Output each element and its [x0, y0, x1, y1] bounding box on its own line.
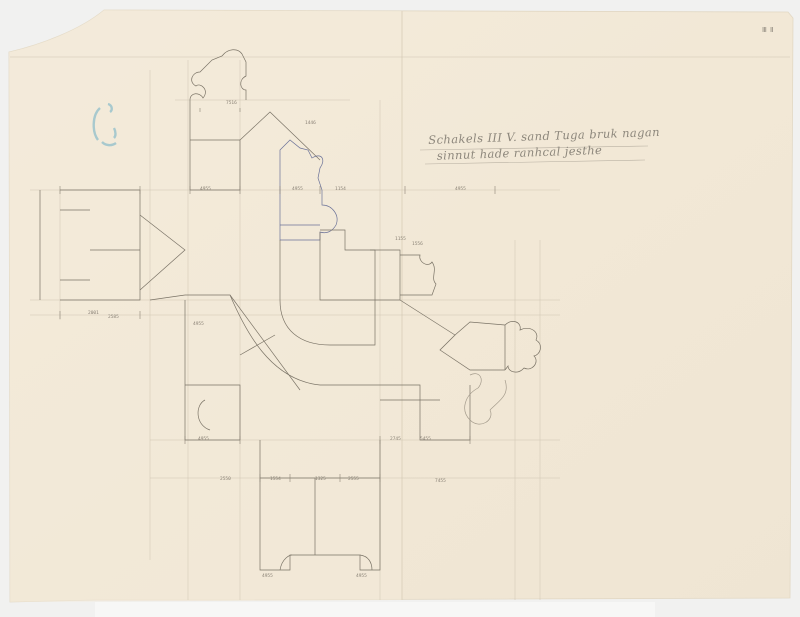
svg-text:4955: 4955 [198, 436, 209, 442]
svg-text:4955: 4955 [200, 186, 211, 192]
svg-text:1446: 1446 [305, 120, 316, 126]
svg-text:1325: 1325 [315, 476, 326, 482]
svg-text:1154: 1154 [335, 186, 346, 192]
svg-text:2745: 2745 [390, 436, 401, 442]
sheet-number: Ⅲ Ⅱ [762, 26, 774, 34]
svg-text:4955: 4955 [455, 186, 466, 192]
svg-text:2555: 2555 [348, 476, 359, 482]
svg-text:7455: 7455 [435, 478, 446, 484]
svg-text:1155: 1155 [395, 236, 406, 242]
dim-label: 7516 [226, 100, 237, 106]
svg-text:2550: 2550 [220, 476, 231, 482]
svg-text:5455: 5455 [420, 436, 431, 442]
svg-text:4955: 4955 [292, 186, 303, 192]
svg-text:1556: 1556 [412, 241, 423, 247]
svg-text:4955: 4955 [356, 573, 367, 579]
svg-text:2001: 2001 [88, 310, 99, 316]
floor-plan-drawing: 7516 1446 4955 4955 1154 4955 2001 2585 … [0, 0, 800, 617]
svg-text:4955: 4955 [193, 321, 204, 327]
svg-text:1554: 1554 [270, 476, 281, 482]
svg-text:4955: 4955 [262, 573, 273, 579]
drawing-sheet: 7516 1446 4955 4955 1154 4955 2001 2585 … [0, 0, 800, 617]
svg-text:2585: 2585 [108, 314, 119, 320]
